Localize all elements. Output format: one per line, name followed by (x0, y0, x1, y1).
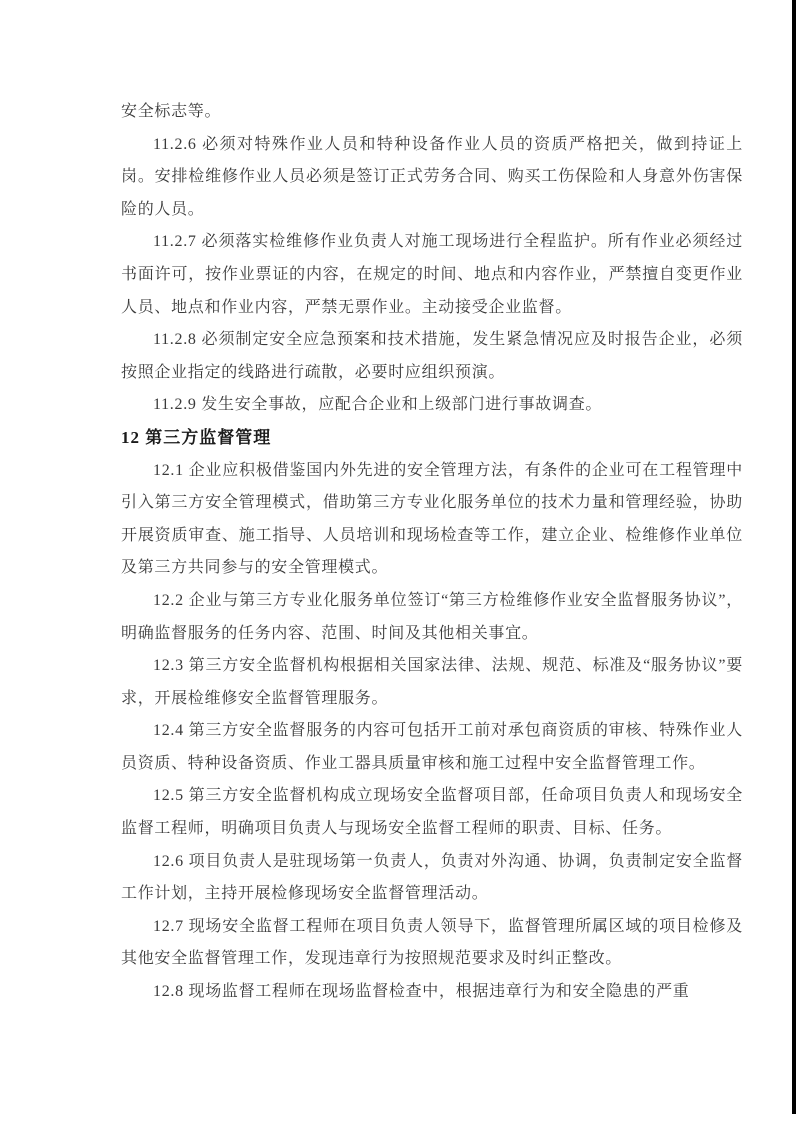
paragraph: 12.6 项目负责人是驻现场第一负责人，负责对外沟通、协调，负责制定安全监督工作… (121, 846, 743, 911)
paragraph: 11.2.9 发生安全事故，应配合企业和上级部门进行事故调查。 (121, 389, 743, 422)
paragraph: 安全标志等。 (121, 96, 743, 129)
paragraph: 12.2 企业与第三方专业化服务单位签订“第三方检维修作业安全监督服务协议”，明… (121, 585, 743, 650)
paragraph: 12.3 第三方安全监督机构根据相关国家法律、法规、规范、标准及“服务协议”要求… (121, 650, 743, 715)
paragraph: 12.7 现场安全监督工程师在项目负责人领导下，监督管理所属区域的项目检修及其他… (121, 911, 743, 976)
paragraph: 11.2.8 必须制定安全应急预案和技术措施，发生紧急情况应及时报告企业，必须按… (121, 324, 743, 389)
paragraph: 12.4 第三方安全监督服务的内容可包括开工前对承包商资质的审核、特殊作业人员资… (121, 715, 743, 780)
document-page: 安全标志等。11.2.6 必须对特殊作业人员和特种设备作业人员的资质严格把关，做… (0, 0, 796, 1122)
paragraph: 11.2.7 必须落实检维修作业负责人对施工现场进行全程监护。所有作业必须经过书… (121, 226, 743, 324)
page-right-edge-line (792, 0, 796, 1114)
paragraph: 11.2.6 必须对特殊作业人员和特种设备作业人员的资质严格把关，做到持证上岗。… (121, 129, 743, 227)
paragraph: 12.8 现场监督工程师在现场监督检查中，根据违章行为和安全隐患的严重 (121, 976, 743, 1009)
paragraph: 12.1 企业应积极借鉴国内外先进的安全管理方法，有条件的企业可在工程管理中引入… (121, 455, 743, 585)
document-body: 安全标志等。11.2.6 必须对特殊作业人员和特种设备作业人员的资质严格把关，做… (121, 96, 743, 1009)
section-heading: 12 第三方监督管理 (121, 422, 743, 455)
paragraph: 12.5 第三方安全监督机构成立现场安全监督项目部，任命项目负责人和现场安全监督… (121, 780, 743, 845)
